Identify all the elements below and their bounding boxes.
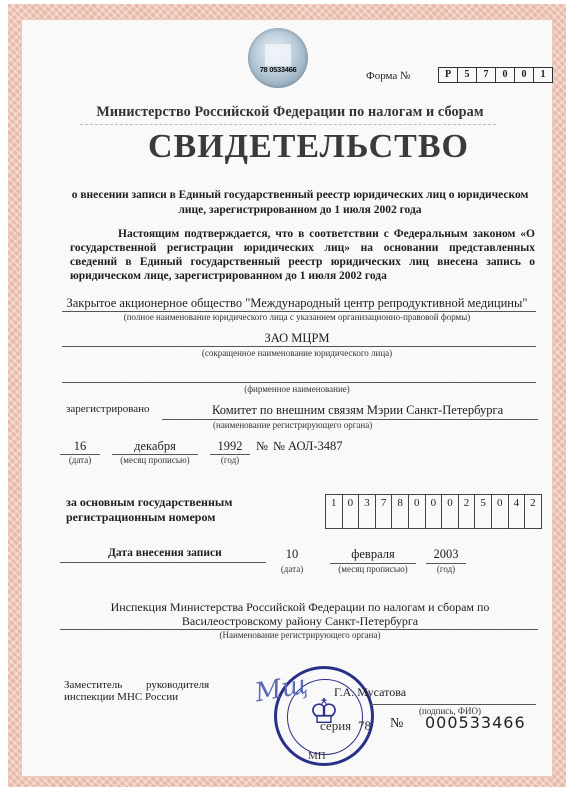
entry-year: 2003 bbox=[426, 547, 466, 562]
inspection-name-line1: Инспекция Министерства Российской Федера… bbox=[60, 600, 540, 615]
entry-year-caption: (год) bbox=[426, 564, 466, 574]
emblem-icon bbox=[265, 44, 291, 66]
signatory-position-b: руководителя bbox=[146, 679, 209, 691]
ogrn-digit: 0 bbox=[491, 495, 508, 528]
ogrn-digit: 7 bbox=[375, 495, 392, 528]
ogrn-digit: 0 bbox=[408, 495, 425, 528]
signatory-position-line2: инспекции МНС России bbox=[64, 691, 178, 703]
serial-number-label: № bbox=[390, 716, 403, 732]
form-code-char: 5 bbox=[457, 68, 476, 82]
entry-month-caption: (месяц прописью) bbox=[330, 564, 416, 574]
registration-number-label: № bbox=[256, 439, 268, 454]
registering-authority-caption: (наименование регистрирующего органа) bbox=[213, 420, 372, 430]
inspection-name-line2: Василеостровскому району Санкт-Петербург… bbox=[60, 614, 540, 629]
hologram-number: 78 0533466 bbox=[248, 65, 308, 74]
ogrn-digit: 4 bbox=[508, 495, 525, 528]
ogrn-digit: 3 bbox=[358, 495, 375, 528]
field-line bbox=[62, 346, 536, 347]
entry-day: 10 bbox=[270, 547, 314, 562]
ogrn-digit: 0 bbox=[441, 495, 458, 528]
form-label: Форма № bbox=[366, 70, 411, 82]
entity-full-name: Закрытое акционерное общество "Междунаро… bbox=[62, 296, 532, 311]
ogrn-digit: 5 bbox=[474, 495, 491, 528]
registration-month: декабря bbox=[112, 439, 198, 454]
stamp-place-label: МП bbox=[308, 750, 326, 762]
entry-date-label: Дата внесения записи bbox=[108, 547, 222, 559]
registration-day-caption: (дата) bbox=[60, 455, 100, 465]
serial-number: 000533466 bbox=[425, 713, 526, 732]
document-title: СВИДЕТЕЛЬСТВО bbox=[148, 128, 438, 166]
entity-short-name: ЗАО МЦРМ bbox=[62, 331, 532, 346]
form-code-char: 1 bbox=[533, 68, 552, 82]
field-line bbox=[370, 704, 536, 705]
form-code-char: Р bbox=[439, 68, 457, 82]
certification-text: Настоящим подтверждается, что в соответс… bbox=[70, 227, 535, 283]
registration-day: 16 bbox=[60, 439, 100, 454]
entity-brand-name-caption: (фирменное наименование) bbox=[62, 384, 532, 394]
signatory-name: Г.А. Мусатова bbox=[334, 685, 406, 700]
form-code-boxes: Р 5 7 0 0 1 bbox=[438, 67, 553, 83]
ministry-name: Министерство Российской Федерации по нал… bbox=[80, 104, 500, 121]
registration-month-caption: (месяц прописью) bbox=[112, 455, 198, 465]
form-code-char: 0 bbox=[514, 68, 533, 82]
field-line bbox=[62, 382, 536, 383]
ogrn-digit: 0 bbox=[425, 495, 442, 528]
ogrn-digit: 8 bbox=[391, 495, 408, 528]
registration-number: № АОЛ-3487 bbox=[273, 439, 343, 454]
entry-day-caption: (дата) bbox=[270, 564, 314, 574]
registration-year-caption: (год) bbox=[210, 455, 250, 465]
field-line bbox=[60, 562, 266, 563]
ogrn-label-line1: за основным государственным bbox=[66, 495, 232, 510]
form-code-char: 7 bbox=[476, 68, 495, 82]
document-subtitle: о внесении записи в Единый государственн… bbox=[60, 188, 540, 218]
entry-month: февраля bbox=[330, 547, 416, 562]
inspection-caption: (Наименование регистрирующего органа) bbox=[60, 630, 540, 640]
ogrn-boxes: 1 0 3 7 8 0 0 0 2 5 0 4 2 bbox=[325, 494, 542, 529]
series-label: серия bbox=[320, 718, 351, 734]
ogrn-digit: 2 bbox=[524, 495, 541, 528]
divider bbox=[80, 124, 496, 125]
signatory-position-a: Заместитель bbox=[64, 679, 122, 691]
form-code-char: 0 bbox=[495, 68, 514, 82]
registered-label: зарегистрировано bbox=[66, 403, 150, 415]
hologram-seal-icon: 78 0533466 bbox=[248, 28, 308, 88]
ogrn-digit: 2 bbox=[458, 495, 475, 528]
ogrn-digit: 1 bbox=[326, 495, 342, 528]
ogrn-label-line2: регистрационным номером bbox=[66, 510, 215, 525]
certification-text-content: Настоящим подтверждается, что в соответс… bbox=[70, 228, 535, 282]
registering-authority: Комитет по внешним связям Мэрии Санкт-Пе… bbox=[212, 403, 512, 418]
entity-full-name-caption: (полное наименование юридического лица с… bbox=[62, 312, 532, 322]
entity-short-name-caption: (сокращенное наименование юридического л… bbox=[62, 348, 532, 358]
series-value: 78 bbox=[358, 718, 371, 734]
ogrn-digit: 0 bbox=[342, 495, 359, 528]
registration-year: 1992 bbox=[210, 439, 250, 454]
